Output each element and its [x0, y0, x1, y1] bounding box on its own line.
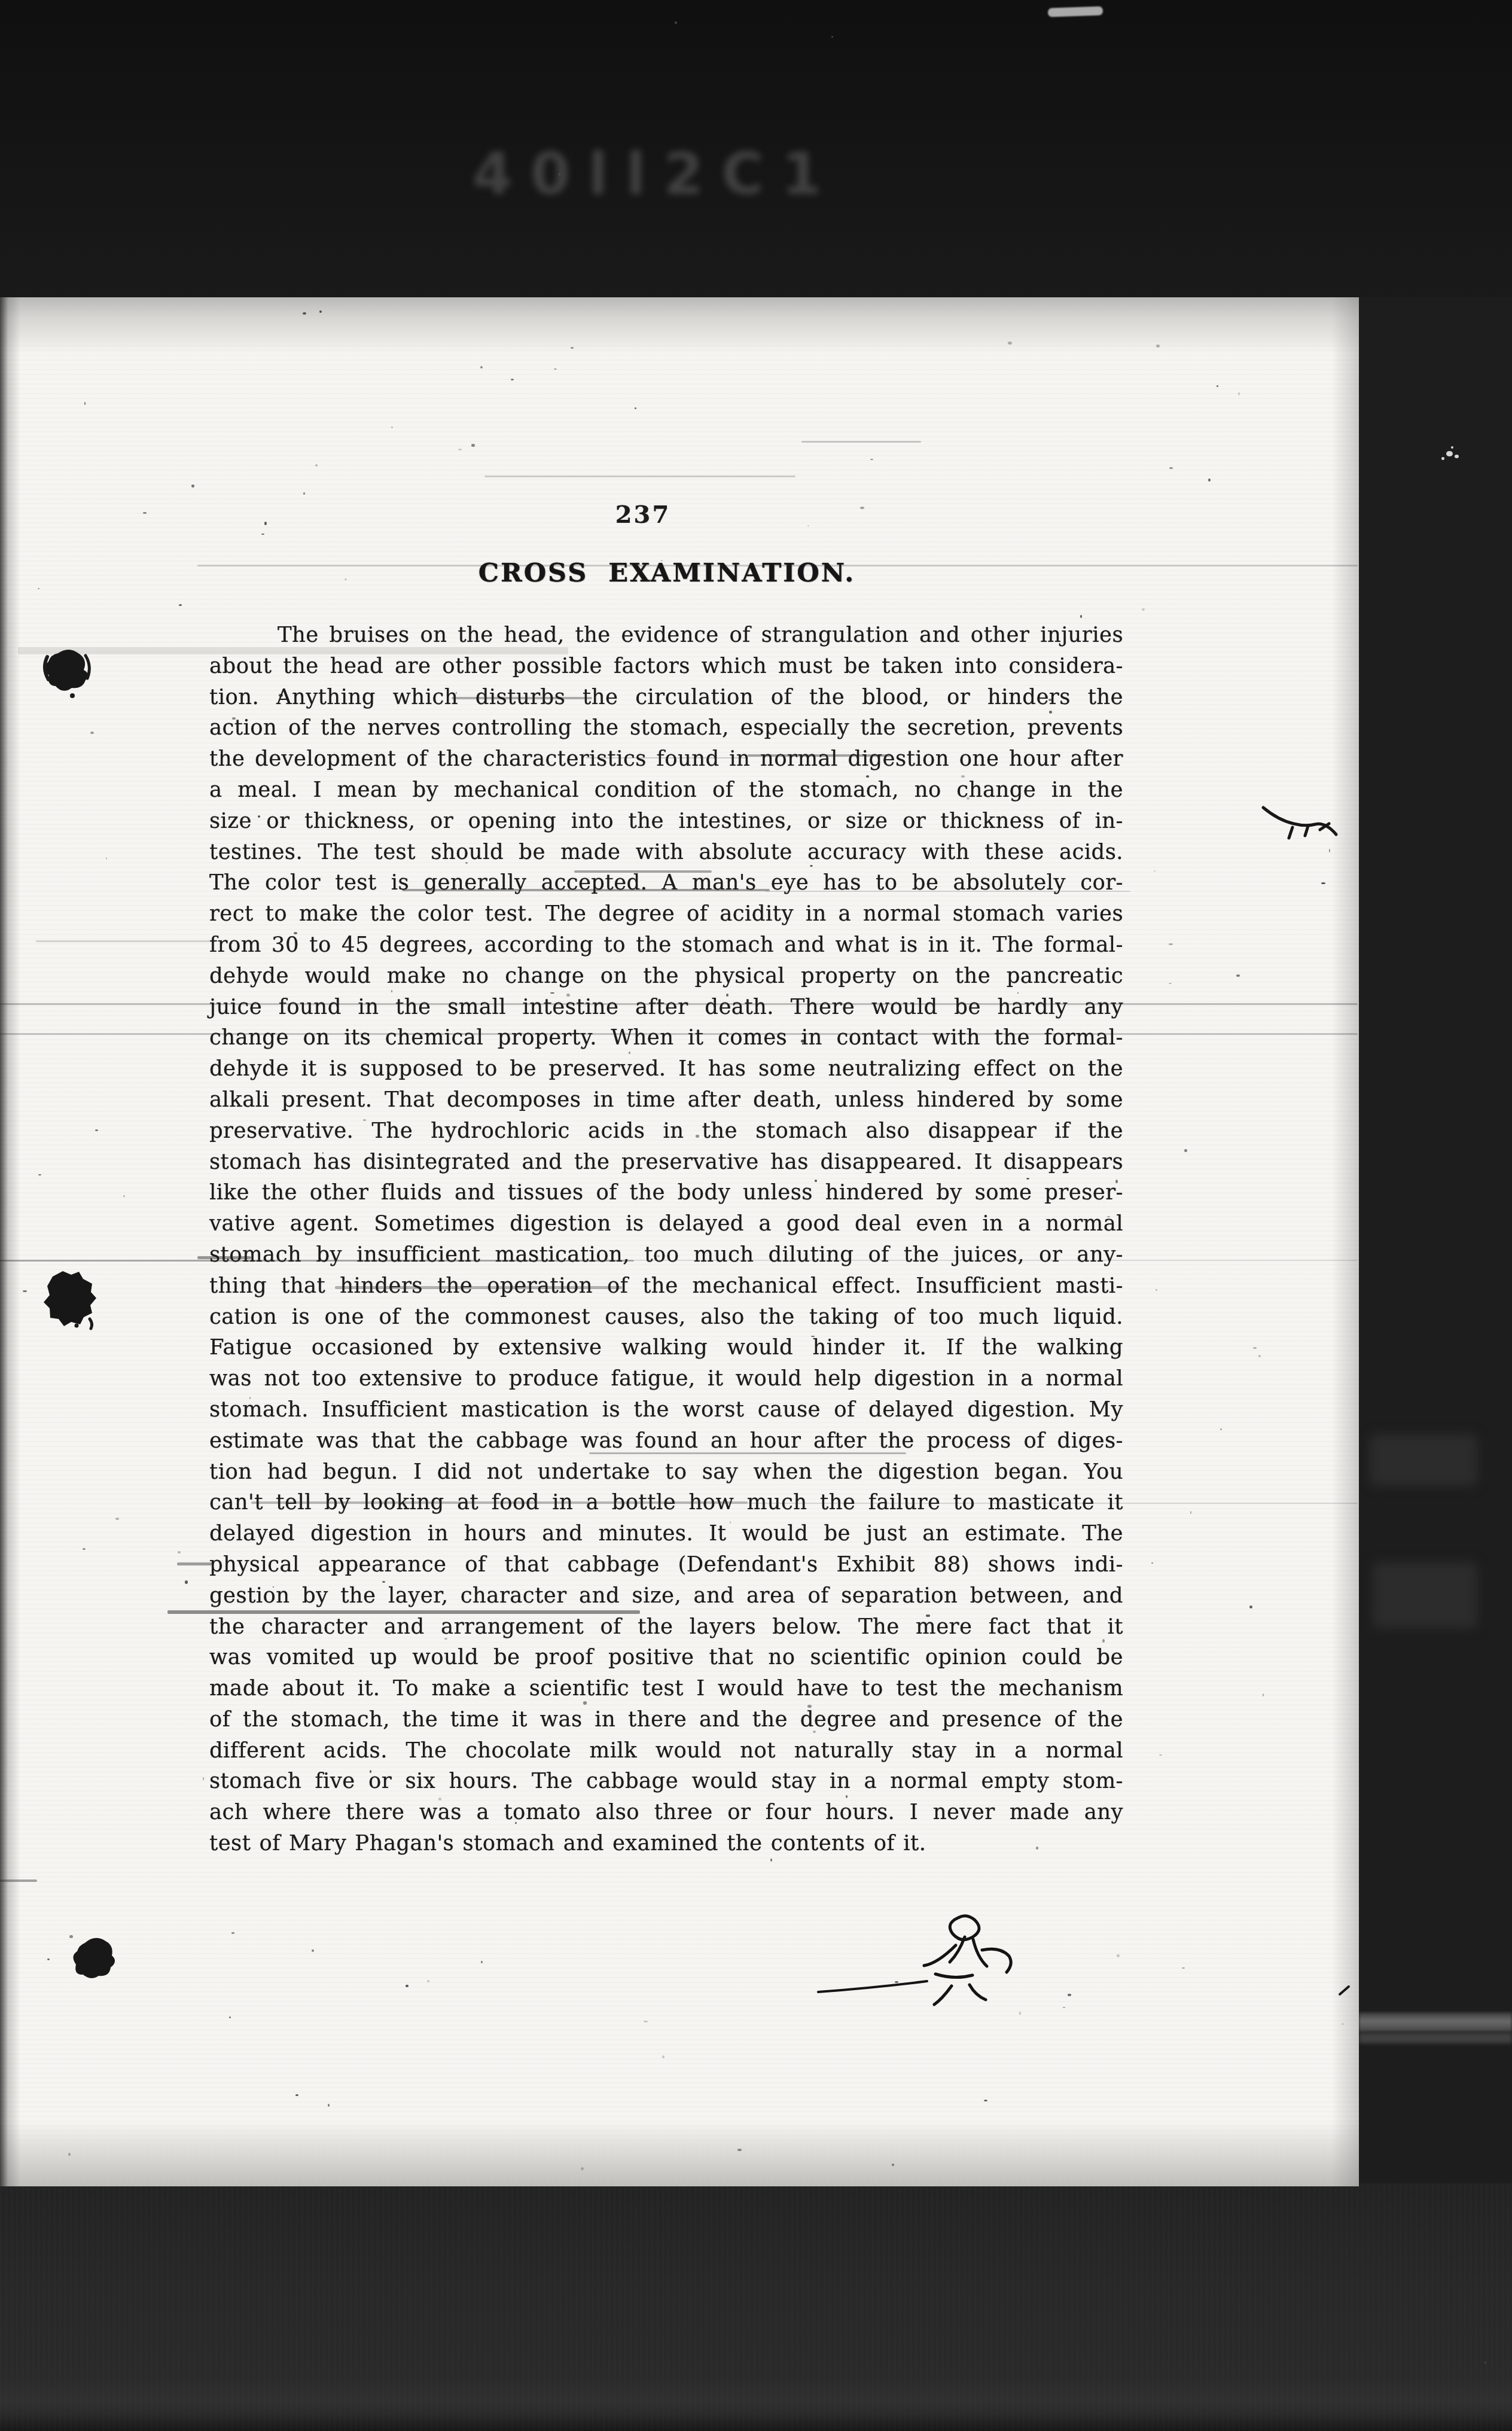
body-line: cation is one of the commonest causes, a… — [209, 1302, 1123, 1333]
dust-speck — [370, 1770, 371, 1773]
dust-speck — [892, 2164, 894, 2165]
dust-speck — [645, 1562, 647, 1564]
dust-speck — [1117, 1954, 1120, 1957]
scan-artifact-top-dash — [1048, 6, 1103, 17]
page-left-shading — [0, 297, 20, 2186]
body-line: The bruises on the head, the evidence of… — [209, 620, 1123, 651]
scan-streak — [36, 940, 215, 942]
body-line: stomach. Insufficient mastication is the… — [209, 1394, 1123, 1425]
body-line: stomach by insufficient mastication, too… — [209, 1239, 1123, 1271]
white-speck-cluster — [1439, 445, 1465, 465]
body-line: size or thickness, or opening into the i… — [209, 806, 1123, 837]
dust-speck — [1154, 870, 1156, 872]
dust-speck — [1049, 711, 1052, 713]
scan-streak — [748, 754, 891, 757]
body-line: dehyde would make no change on the physi… — [209, 961, 1123, 992]
body-line: action of the nerves controlling the sto… — [209, 712, 1123, 744]
dust-speck — [1151, 1562, 1153, 1564]
light-speck — [519, 670, 521, 672]
dust-speck — [68, 2153, 71, 2156]
dust-speck — [115, 1518, 119, 1520]
scan-streak — [484, 476, 795, 477]
dust-speck — [967, 797, 970, 799]
scan-streak — [748, 1503, 1358, 1504]
dust-speck — [232, 717, 236, 720]
page-top-shading — [0, 297, 1359, 354]
dust-speck — [926, 1614, 930, 1617]
body-line: tion. Anything which disturbs the circul… — [209, 682, 1123, 713]
scan-streak — [167, 1610, 640, 1614]
dust-speck — [328, 2104, 330, 2107]
dust-speck — [261, 534, 264, 535]
dust-speck — [258, 815, 260, 818]
dust-speck — [813, 1731, 815, 1733]
scan-streak — [586, 757, 748, 758]
scan-streak — [801, 441, 921, 443]
dust-speck — [368, 1348, 371, 1351]
dust-speck — [730, 1521, 731, 1524]
dust-speck — [322, 1152, 324, 1153]
scan-streak — [251, 1501, 748, 1504]
dust-speck — [1253, 1347, 1257, 1348]
dust-speck — [537, 1592, 540, 1594]
dust-speck — [69, 1935, 72, 1938]
scanner-background-right — [1358, 297, 1512, 2188]
dust-speck — [770, 1859, 772, 1862]
light-speck — [1484, 2362, 1486, 2363]
body-line: like the other fluids and tissues of the… — [209, 1177, 1123, 1208]
dust-speck — [391, 427, 393, 428]
body-text-block: The bruises on the head, the evidence of… — [209, 620, 1123, 1859]
body-line: delayed digestion in hours and minutes. … — [209, 1518, 1123, 1549]
light-speck — [559, 173, 560, 175]
body-line: the development of the characteristics f… — [209, 744, 1123, 775]
body-line: of the stomach, the time it was in there… — [209, 1704, 1123, 1735]
dust-speck — [1068, 1994, 1072, 1996]
dust-speck — [1220, 1428, 1222, 1430]
body-line: a meal. I mean by mechanical condition o… — [209, 775, 1123, 806]
dust-speck — [1019, 2012, 1021, 2015]
dust-speck — [294, 932, 297, 934]
body-line: change on its chemical property. When it… — [209, 1022, 1123, 1053]
dust-speck — [737, 2149, 742, 2151]
scan-streak — [402, 889, 770, 891]
body-line: gestion by the layer, character and size… — [209, 1580, 1123, 1611]
body-line: juice found in the small intestine after… — [209, 992, 1123, 1023]
scan-artifact-margin-band — [1359, 2012, 1512, 2031]
body-line: ach where there was a tomato also three … — [209, 1797, 1123, 1828]
dust-speck — [382, 1581, 385, 1582]
dust-speck — [427, 1980, 429, 1982]
dust-speck — [1048, 699, 1053, 701]
dust-speck — [230, 941, 233, 944]
dust-speck — [465, 862, 468, 864]
body-line: tion had begun. I did not undertake to s… — [209, 1457, 1123, 1488]
dust-speck — [662, 2055, 664, 2058]
scan-artifact-margin-band-2 — [1359, 2033, 1512, 2043]
dust-speck — [657, 1255, 660, 1257]
body-line: physical appearance of that cabbage (Def… — [209, 1549, 1123, 1580]
dust-speck — [1169, 943, 1173, 945]
dust-speck — [359, 1812, 361, 1815]
body-line: dehyde it is supposed to be preserved. I… — [209, 1053, 1123, 1084]
dust-speck — [1169, 467, 1173, 468]
body-line: from 30 to 45 degrees, according to the … — [209, 930, 1123, 961]
dust-speck — [1115, 1180, 1118, 1183]
body-line: vative agent. Sometimes digestion is del… — [209, 1208, 1123, 1239]
dust-speck — [607, 1433, 608, 1434]
body-line: rect to make the color test. The degree … — [209, 898, 1123, 930]
dust-speck — [967, 1447, 969, 1449]
dust-speck — [249, 1397, 251, 1399]
dust-speck — [696, 1135, 699, 1138]
body-line: stomach has disintegrated and the preser… — [209, 1147, 1123, 1178]
scanner-background-bottom — [0, 2183, 1512, 2431]
dust-speck — [515, 1822, 516, 1824]
dust-speck — [1249, 1606, 1252, 1608]
dust-speck — [1036, 1847, 1038, 1850]
dust-speck — [90, 732, 94, 735]
dust-speck — [1190, 1511, 1191, 1513]
dust-speck — [279, 694, 283, 697]
scan-streak — [197, 565, 1358, 566]
faint-stamp-text: 40ll2C1 — [472, 141, 843, 218]
dust-speck — [1063, 2007, 1065, 2008]
dust-speck — [481, 1961, 483, 1964]
dust-speck — [1156, 345, 1160, 348]
scan-streak — [0, 1260, 634, 1262]
dust-speck — [320, 1814, 324, 1816]
dust-speck — [815, 1180, 817, 1182]
dust-speck — [481, 1680, 483, 1683]
body-line: estimate was that the cabbage was found … — [209, 1425, 1123, 1457]
dust-speck — [860, 507, 864, 509]
dust-speck — [807, 525, 809, 526]
dust-speck — [480, 366, 483, 368]
scanned-document-screen: 40ll2C1 237 CROSS EXAMINATION. The bruis… — [0, 0, 1512, 2431]
scan-streak — [589, 1452, 906, 1454]
dust-speck — [303, 492, 304, 495]
dust-speck — [1107, 1216, 1110, 1217]
dust-speck — [315, 464, 317, 467]
dust-speck — [807, 1705, 812, 1708]
scan-streak — [452, 697, 592, 699]
dust-speck — [84, 402, 86, 405]
body-line: preservative. The hydrochloric acids in … — [209, 1116, 1123, 1147]
scan-streak — [197, 1256, 251, 1259]
scan-streak — [0, 1003, 1358, 1005]
dust-speck — [571, 347, 573, 349]
scan-streak — [0, 1879, 37, 1882]
scan-streak — [574, 870, 712, 873]
dust-speck — [1102, 1639, 1105, 1642]
body-line: test of Mary Phagan's stomach and examin… — [209, 1828, 1123, 1859]
body-line: made about it. To make a scientific test… — [209, 1673, 1123, 1704]
dust-speck — [866, 775, 869, 778]
scan-streak — [634, 1260, 1358, 1261]
ghost-bleedthrough-patch-2 — [1373, 1562, 1477, 1628]
scan-streak — [766, 891, 1130, 892]
dust-speck — [83, 1548, 86, 1550]
dust-speck — [303, 312, 306, 315]
dust-speck — [801, 1040, 804, 1043]
dust-speck — [984, 2100, 987, 2101]
dust-speck — [810, 865, 813, 867]
body-line: alkali present. That decomposes in time … — [209, 1084, 1123, 1116]
light-speck — [675, 22, 677, 24]
scan-streak — [335, 1286, 622, 1289]
body-line: the character and arrangement of the lay… — [209, 1611, 1123, 1643]
dust-speck — [458, 449, 462, 450]
page-bottom-shading — [0, 2121, 1359, 2186]
dust-speck — [1049, 672, 1053, 674]
body-line: testines. The test should be made with a… — [209, 837, 1123, 868]
page-right-shading — [1331, 297, 1359, 2186]
dust-speck — [264, 522, 267, 525]
scan-streak — [0, 1033, 1358, 1035]
dust-speck — [583, 1701, 587, 1704]
body-line: was not too extensive to produce fatigue… — [209, 1363, 1123, 1394]
dust-speck — [788, 1106, 789, 1107]
scan-streak — [18, 647, 568, 654]
scan-streak — [177, 1562, 213, 1565]
light-speck — [831, 36, 833, 38]
dust-speck — [1208, 479, 1211, 481]
section-heading: CROSS EXAMINATION. — [209, 558, 1124, 588]
dust-speck — [406, 1985, 409, 1988]
body-line: about the head are other possible factor… — [209, 651, 1123, 682]
dust-speck — [1080, 615, 1082, 618]
dust-speck — [345, 578, 347, 580]
dust-speck — [1217, 385, 1219, 386]
dust-speck — [191, 485, 194, 488]
ghost-bleedthrough-patch — [1370, 1434, 1477, 1486]
body-line: stomach five or six hours. The cabbage w… — [209, 1766, 1123, 1797]
body-line: was vomited up would be proof positive t… — [209, 1642, 1123, 1673]
dust-speck — [566, 994, 570, 997]
page-number: 237 — [209, 501, 1077, 529]
body-line: different acids. The chocolate milk woul… — [209, 1735, 1123, 1766]
dust-speck — [106, 857, 107, 859]
dust-speck — [438, 1798, 441, 1801]
dust-speck — [471, 444, 474, 447]
